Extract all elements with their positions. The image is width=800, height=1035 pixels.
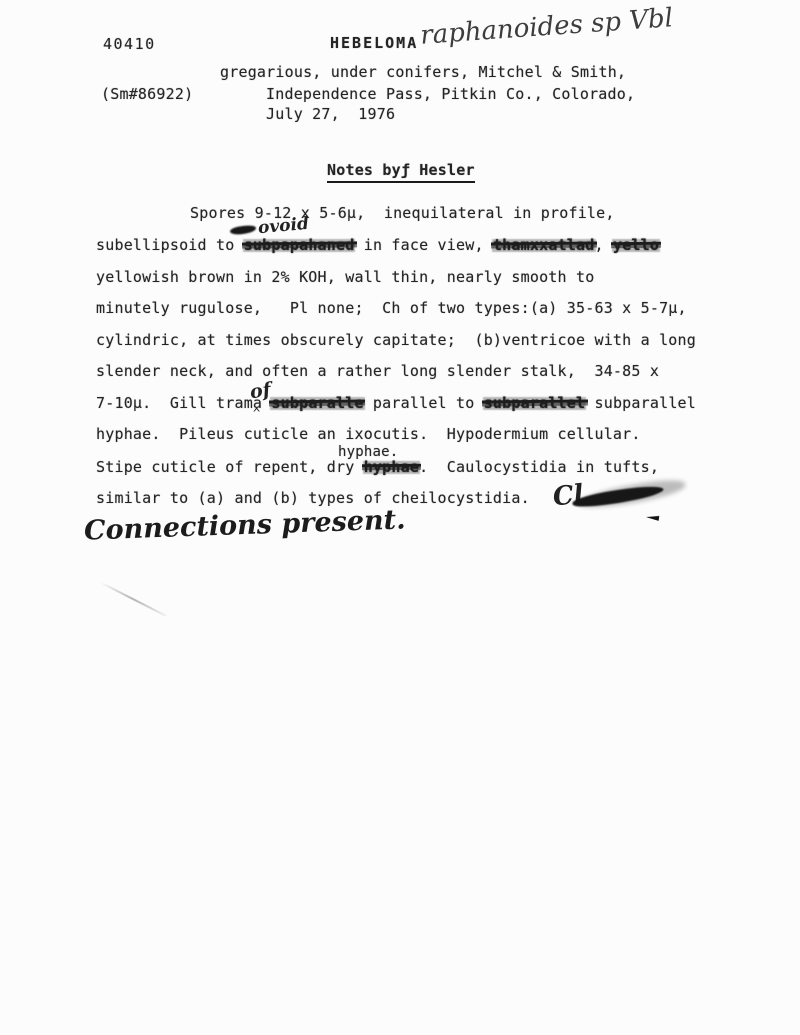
body-line-2-text: in face view, xyxy=(354,236,492,254)
struck-word: yello xyxy=(613,235,659,255)
struck-word: subparallel xyxy=(484,393,586,413)
body-line-7-text: parallel to xyxy=(364,394,484,412)
body-line-2-text: subellipsoid to xyxy=(96,236,244,254)
caret-mark: ^ xyxy=(253,406,260,420)
body-line-8: hyphae. Pileus cuticle an ixocutis. Hypo… xyxy=(96,424,641,444)
body-line-4: minutely rugulose, Pl none; Ch of two ty… xyxy=(96,298,687,318)
handwritten-of-insertion: of xyxy=(249,379,273,404)
body-line-9: Stipe cuticle of repent, dry hyphae. Cau… xyxy=(96,457,659,477)
collection-number: (Sm#86922) xyxy=(101,84,193,104)
body-line-5: cylindric, at times obscurely capitate; … xyxy=(96,330,696,350)
body-line-10: similar to (a) and (b) types of cheilocy… xyxy=(96,488,530,508)
struck-word: subparalle xyxy=(271,393,363,413)
scanned-document-page: { "header": { "accession": "40410", "gen… xyxy=(0,0,800,1035)
collection-line-date: July 27, 1976 xyxy=(266,104,395,124)
body-line-1: Spores 9-12 x 5-6μ, inequilateral in pro… xyxy=(190,203,615,223)
body-line-3: yellowish brown in 2% KOH, wall thin, ne… xyxy=(96,267,594,287)
arrow-mark xyxy=(646,514,660,521)
collection-line-locality: Independence Pass, Pitkin Co., Colorado, xyxy=(266,84,635,104)
handwritten-connections: Connections present. xyxy=(84,504,406,546)
handwritten-species-annotation: raphanoides sp Vbl xyxy=(419,3,674,51)
body-line-9-text: Stipe cuticle of repent, dry xyxy=(96,458,364,476)
genus-title: HEBELOMA xyxy=(330,33,418,53)
body-line-7-text: 7-10μ. Gill trama xyxy=(96,394,271,412)
accession-number: 40410 xyxy=(103,34,156,54)
body-line-9-text: . Caulocystidia in tufts, xyxy=(419,458,659,476)
body-line-2: subellipsoid to subpapahaned in face vie… xyxy=(96,235,659,255)
struck-word: thamxxatlad xyxy=(493,235,595,255)
collection-line-habitat: gregarious, under conifers, Mitchel & Sm… xyxy=(220,62,626,82)
ink-scribble xyxy=(230,225,257,236)
struck-word: hyphae xyxy=(364,457,419,477)
body-line-7: 7-10μ. Gill trama subparalle parallel to… xyxy=(96,393,696,413)
body-line-6: slender neck, and often a rather long sl… xyxy=(96,361,659,381)
pencil-mark xyxy=(100,581,167,616)
handwritten-clamp: Cl xyxy=(552,479,586,512)
body-line-7-text: subparallel xyxy=(585,394,696,412)
notes-heading: Notes byƒ Hesler xyxy=(327,160,475,183)
